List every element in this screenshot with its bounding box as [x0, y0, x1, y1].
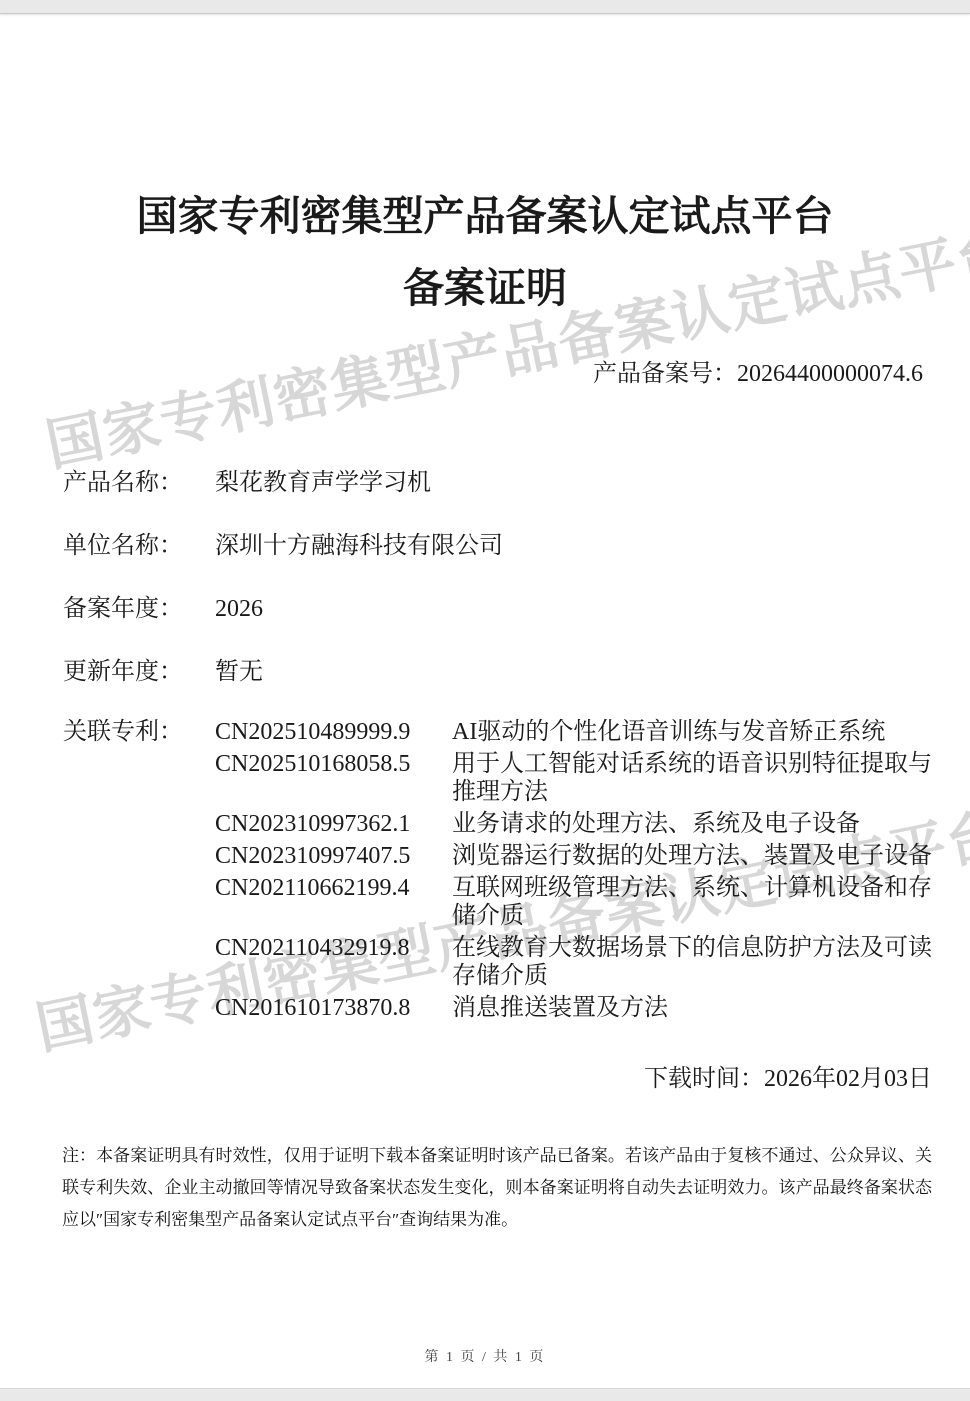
patent-title: 消息推送装置及方法 [452, 994, 933, 1022]
patent-number: CN202510489999.9 [215, 718, 452, 746]
page-number: 第 1 页 / 共 1 页 [0, 1346, 970, 1366]
patent-title: 浏览器运行数据的处理方法、装置及电子设备 [452, 842, 933, 870]
patent-number: CN202310997362.1 [215, 810, 452, 838]
patent-list: CN202510489999.9 AI驱动的个性化语音训练与发音矫正系统 CN2… [215, 718, 933, 1022]
patent-number: CN201610173870.8 [215, 994, 452, 1022]
patent-title: 业务请求的处理方法、系统及电子设备 [452, 810, 933, 838]
field-value: 2026 [215, 597, 933, 622]
patent-row: CN202310997362.1 业务请求的处理方法、系统及电子设备 [215, 810, 933, 838]
field-list: 产品名称： 梨花教育声学学习机 单位名称： 深圳十方融海科技有限公司 备案年度：… [63, 471, 933, 723]
patent-row: CN202310997407.5 浏览器运行数据的处理方法、装置及电子设备 [215, 842, 933, 870]
patent-title: 在线教育大数据场景下的信息防护方法及可读存储介质 [452, 934, 933, 990]
patents-label: 关联专利： [63, 718, 215, 746]
note-text: 注：本备案证明具有时效性，仅用于证明下载本备案证明时该产品已备案。若该产品由于复… [62, 1140, 932, 1236]
download-time-value: 2026年02月03日 [764, 1066, 932, 1092]
patent-row: CN201610173870.8 消息推送装置及方法 [215, 994, 933, 1022]
field-row: 备案年度： 2026 [63, 597, 933, 622]
registration-number-value: 20264400000074.6 [737, 361, 923, 387]
certificate-title: 备案证明 [0, 266, 970, 310]
certificate-content: 国家专利密集型产品备案认定试点平台 备案证明 产品备案号：20264400000… [0, 0, 970, 1401]
download-time-line: 下载时间：2026年02月03日 [644, 1066, 932, 1092]
patent-row: CN202110662199.4 互联网班级管理方法、系统、计算机设备和存储介质 [215, 874, 933, 930]
patents-section: 关联专利： CN202510489999.9 AI驱动的个性化语音训练与发音矫正… [63, 718, 933, 1026]
patent-number: CN202310997407.5 [215, 842, 452, 870]
registration-number-line: 产品备案号：20264400000074.6 [593, 361, 923, 387]
field-value: 梨花教育声学学习机 [215, 471, 933, 496]
patent-title: 互联网班级管理方法、系统、计算机设备和存储介质 [452, 874, 933, 930]
field-value: 深圳十方融海科技有限公司 [215, 534, 933, 559]
viewer-bottom-edge [0, 1388, 970, 1401]
viewer-top-edge [0, 0, 970, 14]
patent-title: AI驱动的个性化语音训练与发音矫正系统 [452, 718, 933, 746]
field-label: 更新年度： [63, 660, 215, 685]
field-label: 产品名称： [63, 471, 215, 496]
platform-title: 国家专利密集型产品备案认定试点平台 [0, 194, 970, 238]
field-row: 更新年度： 暂无 [63, 660, 933, 685]
field-label: 备案年度： [63, 597, 215, 622]
patent-row: CN202110432919.8 在线教育大数据场景下的信息防护方法及可读存储介… [215, 934, 933, 990]
patent-row: CN202510168058.5 用于人工智能对话系统的语音识别特征提取与推理方… [215, 750, 933, 806]
patent-number: CN202110432919.8 [215, 934, 452, 990]
patent-title: 用于人工智能对话系统的语音识别特征提取与推理方法 [452, 750, 933, 806]
registration-number-label: 产品备案号： [593, 361, 737, 387]
field-label: 单位名称： [63, 534, 215, 559]
certificate-page: 国家专利密集型产品备案认定试点平台 国家专利密集型产品备案认定试点平台 国家专利… [0, 0, 970, 1401]
field-value: 暂无 [215, 660, 933, 685]
patent-number: CN202510168058.5 [215, 750, 452, 806]
field-row: 单位名称： 深圳十方融海科技有限公司 [63, 534, 933, 559]
patent-row: CN202510489999.9 AI驱动的个性化语音训练与发音矫正系统 [215, 718, 933, 746]
field-row: 产品名称： 梨花教育声学学习机 [63, 471, 933, 496]
patent-number: CN202110662199.4 [215, 874, 452, 930]
download-time-label: 下载时间： [644, 1066, 764, 1092]
